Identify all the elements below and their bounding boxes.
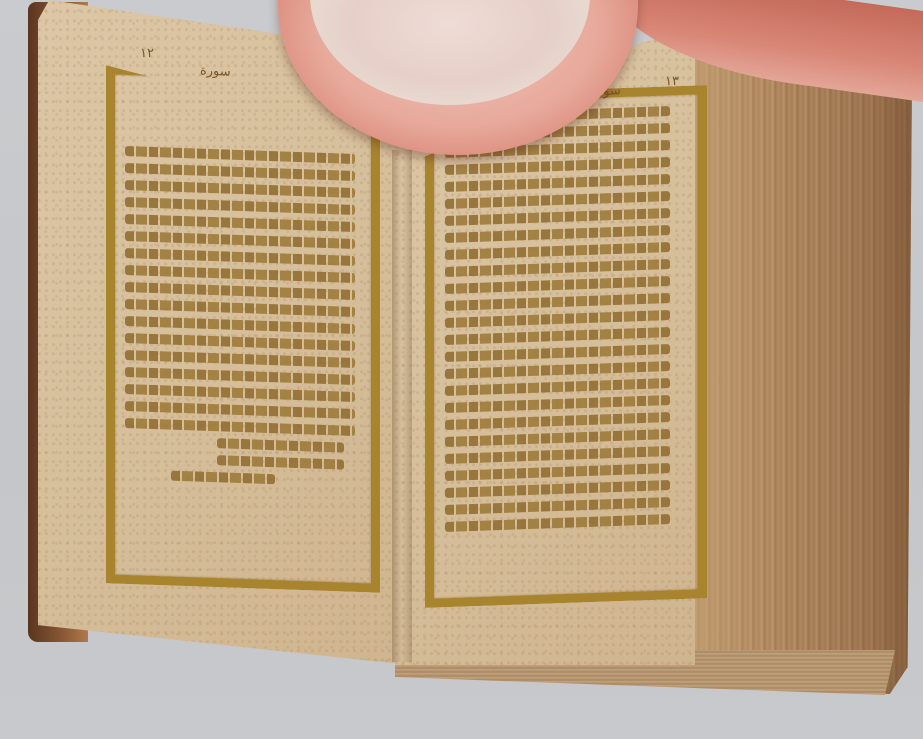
left-page-number: ١٢ [140,46,154,61]
right-page-number: ١٣ [665,74,679,89]
left-page-text [125,146,355,494]
right-page-text [445,106,670,539]
book-fore-edge [690,22,912,694]
photo-scene: Close-up photograph of a miniature antiq… [0,0,923,739]
book-gutter [392,150,412,662]
left-page-header: سورة [200,63,231,80]
